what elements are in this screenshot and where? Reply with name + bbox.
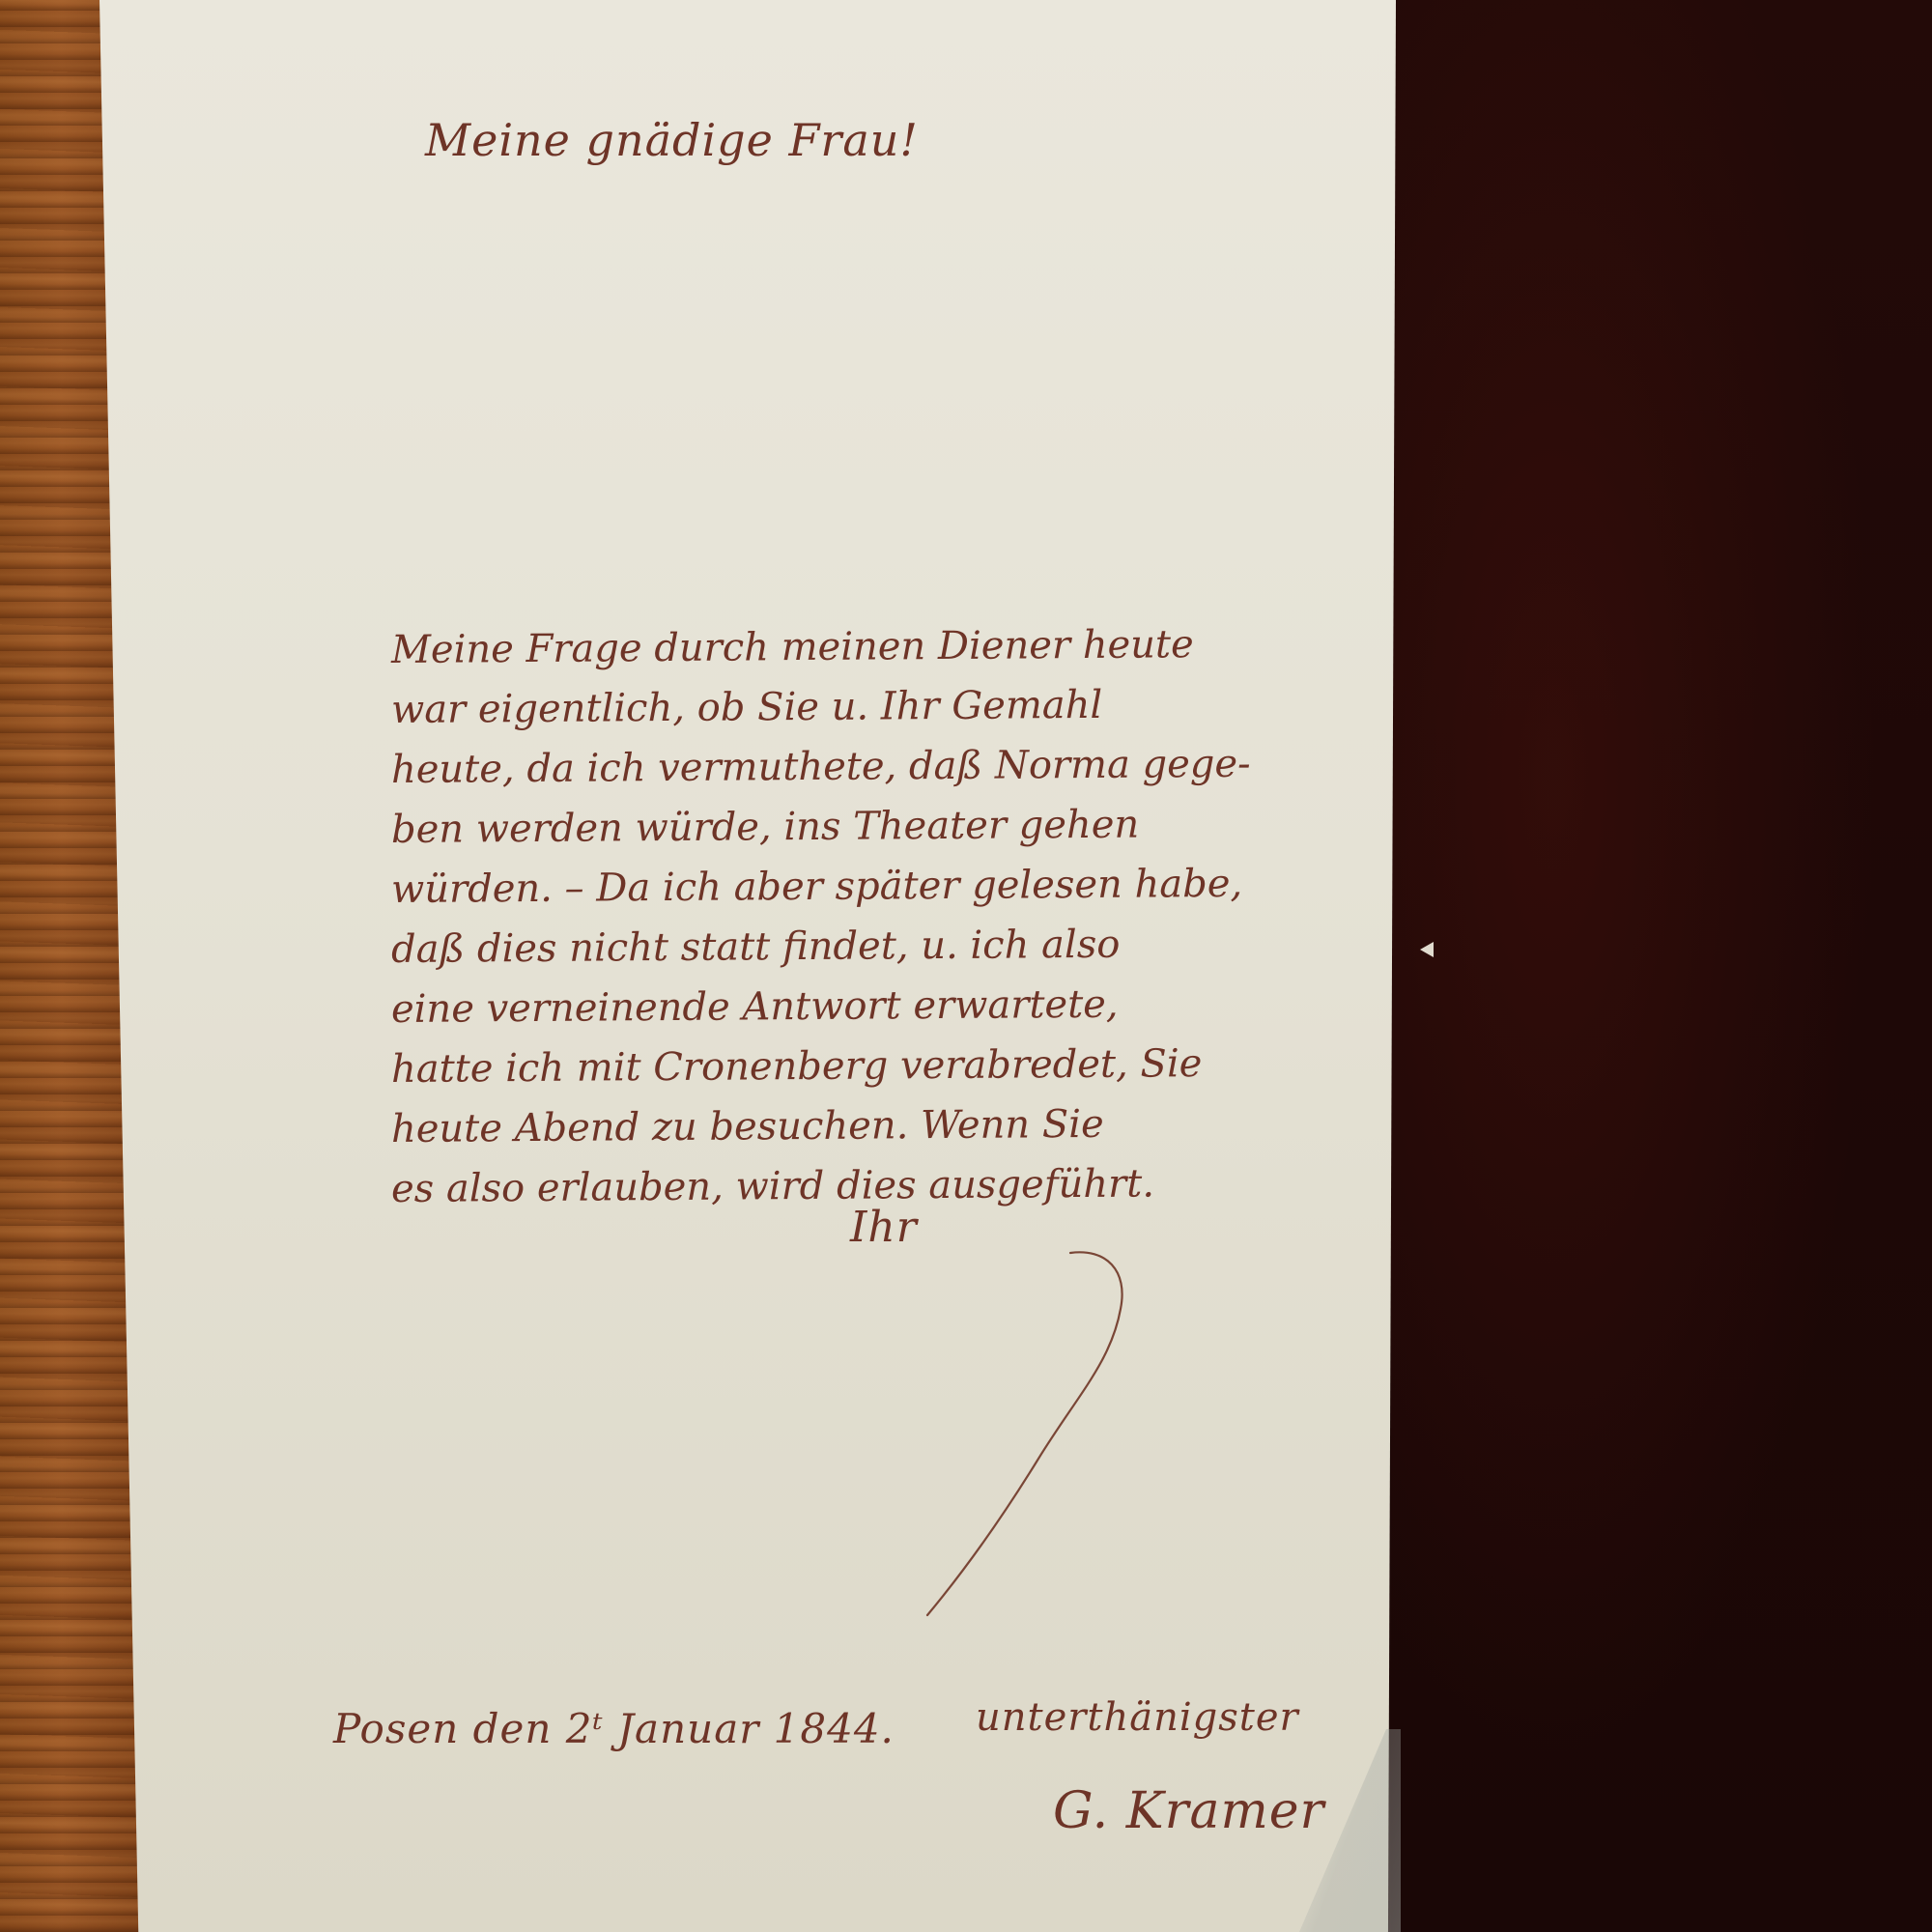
signature: G. Kramer — [1053, 1782, 1324, 1840]
letter-salutation: Meine gnädige Frau! — [425, 114, 919, 166]
body-line: würden. – Da ich aber später gelesen hab… — [391, 862, 1242, 912]
body-line: Meine Frage durch meinen Diener heute — [391, 622, 1194, 672]
body-line: heute, da ich vermuthete, daß Norma gege… — [391, 742, 1251, 792]
body-line: eine verneinende Antwort erwartete, — [391, 982, 1119, 1032]
paper-edge-tear — [1420, 942, 1434, 957]
body-line: heute Abend zu besuchen. Wenn Sie — [391, 1102, 1104, 1151]
letter-valediction: unterthänigster — [976, 1695, 1299, 1740]
body-line: ben werden würde, ins Theater gehen — [391, 803, 1139, 852]
wooden-table-right — [1391, 0, 1932, 1932]
body-line: daß dies nicht statt findet, u. ich also — [391, 923, 1121, 972]
body-line: es also erlauben, wird dies ausgeführt. — [391, 1161, 1154, 1211]
place-and-date: Posen den 2ᵗ Januar 1844. — [333, 1705, 895, 1752]
body-line: war eigentlich, ob Sie u. Ihr Gemahl — [391, 683, 1103, 732]
pen-flourish-icon — [908, 1236, 1159, 1623]
body-line: hatte ich mit Cronenberg verabredet, Sie — [391, 1041, 1203, 1092]
